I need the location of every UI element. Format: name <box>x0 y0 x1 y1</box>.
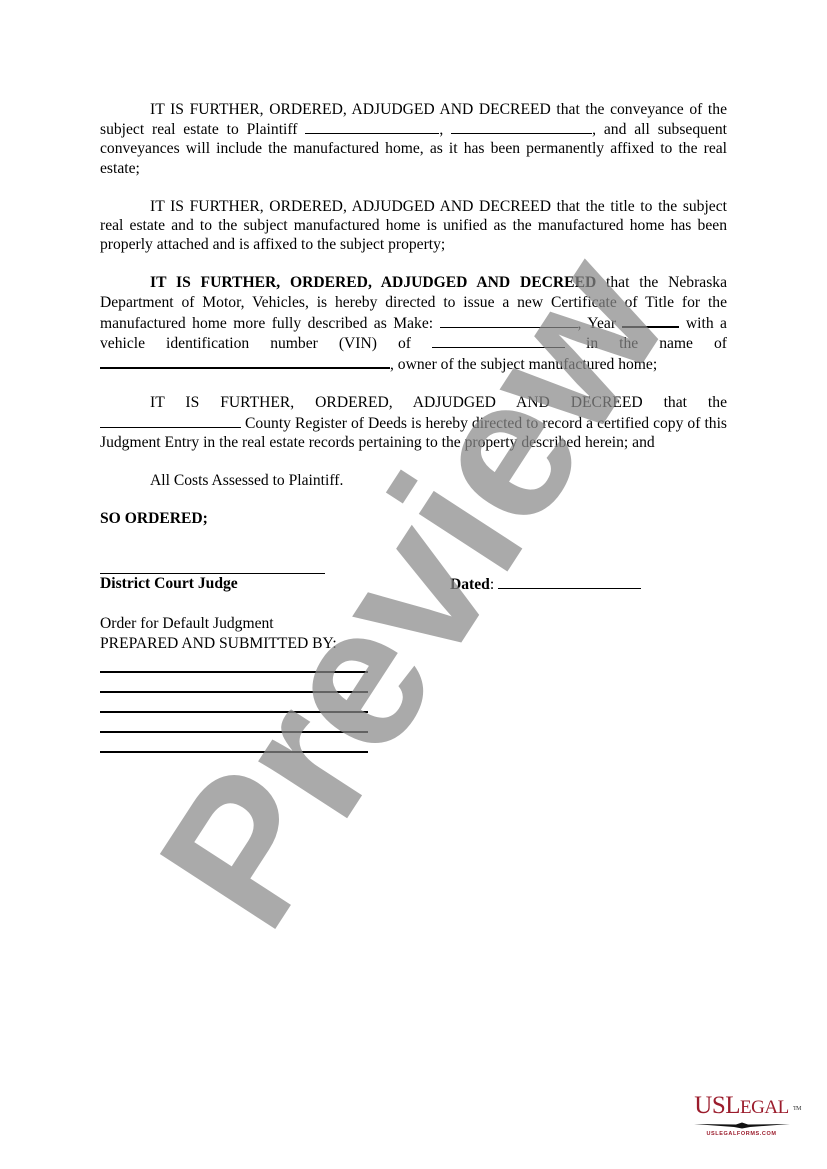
eagle-wings-icon <box>692 1122 792 1129</box>
date-blank[interactable] <box>498 574 641 589</box>
owner-name-blank[interactable] <box>100 353 390 369</box>
vin-blank[interactable] <box>432 333 565 348</box>
uslegal-logo: USLEGALTM USLEGALFORMS.COM <box>684 1093 799 1137</box>
logo-wordmark: USLEGALTM <box>684 1093 799 1121</box>
preparer-line[interactable] <box>100 735 368 753</box>
order-title: Order for Default Judgment <box>100 614 727 633</box>
logo-url: USLEGALFORMS.COM <box>684 1131 799 1137</box>
decree-lead: IT IS FURTHER, ORDERED, ADJUDGED AND DEC… <box>150 198 551 215</box>
decree-lead-bold: IT IS FURTHER, ORDERED, ADJUDGED AND DEC… <box>150 274 596 291</box>
paragraph-title-unified: IT IS FURTHER, ORDERED, ADJUDGED AND DEC… <box>100 197 727 255</box>
judge-label: District Court Judge <box>100 574 238 593</box>
county-blank[interactable] <box>100 413 241 428</box>
paragraph-conveyance: IT IS FURTHER, ORDERED, ADJUDGED AND DEC… <box>100 100 727 178</box>
paragraph-certificate-of-title: IT IS FURTHER, ORDERED, ADJUDGED AND DEC… <box>100 273 727 374</box>
plaintiff-name-blank-2[interactable] <box>451 119 592 134</box>
preparer-line[interactable] <box>100 655 368 673</box>
paragraph-costs: All Costs Assessed to Plaintiff. <box>100 471 727 490</box>
judge-signature-line[interactable] <box>100 557 325 574</box>
so-ordered: SO ORDERED; <box>100 509 727 528</box>
preparer-line[interactable] <box>100 695 368 713</box>
document-page: IT IS FURTHER, ORDERED, ADJUDGED AND DEC… <box>100 100 727 753</box>
decree-lead: IT IS FURTHER, ORDERED, ADJUDGED AND DEC… <box>150 101 551 118</box>
plaintiff-name-blank-1[interactable] <box>305 119 439 134</box>
year-blank[interactable] <box>622 312 679 328</box>
preparer-line[interactable] <box>100 715 368 733</box>
signature-row: District Court Judge Dated: <box>100 557 727 595</box>
prepared-by-label: PREPARED AND SUBMITTED BY: <box>100 634 727 653</box>
paragraph-register-of-deeds: IT IS FURTHER, ORDERED, ADJUDGED AND DEC… <box>100 393 727 452</box>
make-blank[interactable] <box>440 313 578 328</box>
dated-field: Dated: <box>450 574 641 594</box>
decree-lead: IT IS FURTHER, ORDERED, ADJUDGED AND DEC… <box>150 394 643 411</box>
preparer-lines <box>100 655 727 753</box>
prepared-block: Order for Default Judgment PREPARED AND … <box>100 614 727 752</box>
preparer-line[interactable] <box>100 675 368 693</box>
